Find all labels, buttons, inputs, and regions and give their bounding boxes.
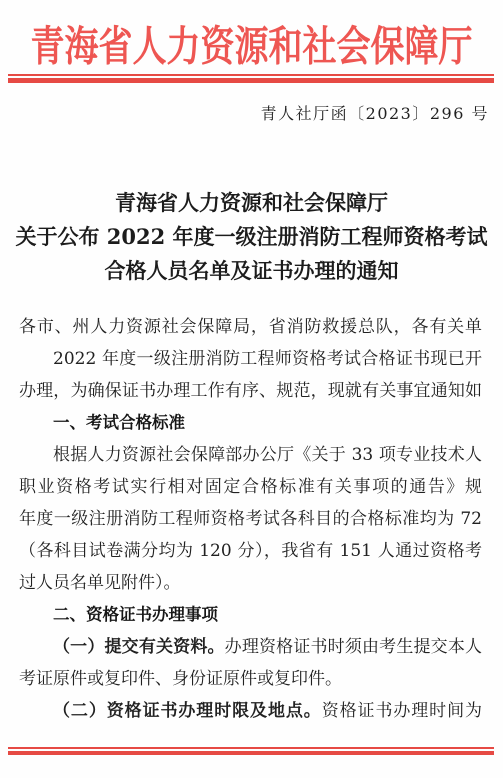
document-title-line-3: 合格人员名单及证书办理的通知 <box>0 254 503 288</box>
header-divider-thick-line <box>8 78 494 83</box>
body-line: （二）资格证书办理时限及地点。资格证书办理时间为 2023 <box>19 695 482 727</box>
document-body: 各市、州人力资源社会保障局，省消防救援总队，各有关单位： 2022 年度一级注册… <box>19 311 482 727</box>
body-line: 考证原件或复印件、身份证原件或复印件。 <box>19 663 482 695</box>
section-heading-2: 二、资格证书办理事项 <box>19 599 482 631</box>
body-line: （各科目试卷满分均为 120 分），我省有 151 人通过资格考试（通 <box>19 535 482 567</box>
body-line: 年度一级注册消防工程师资格考试各科目的合格标准均为 72 分 <box>19 503 482 535</box>
body-line: 2022 年度一级注册消防工程师资格考试合格证书现已开始 <box>19 343 482 375</box>
document-page: 青海省人力资源和社会保障厅 青人社厅函〔2023〕296 号 青海省人力资源和社… <box>0 0 503 778</box>
body-line: 根据人力资源社会保障部办公厅《关于 33 项专业技术人员 <box>19 439 482 471</box>
agency-masthead: 青海省人力资源和社会保障厅 <box>0 13 503 73</box>
body-line: 过人员名单见附件）。 <box>19 567 482 599</box>
document-reference-number: 青人社厅函〔2023〕296 号 <box>261 101 489 124</box>
body-line: 办理，为确保证书办理工作有序、规范，现就有关事宜通知如下。 <box>19 375 482 407</box>
salutation-line: 各市、州人力资源社会保障局，省消防救援总队，各有关单位： <box>19 311 482 343</box>
document-title-line-2: 关于公布 2022 年度一级注册消防工程师资格考试 <box>0 220 503 254</box>
body-line: 职业资格考试实行相对固定合格标准有关事项的通告》规定,2022 <box>19 471 482 503</box>
footer-divider <box>8 747 494 755</box>
section-heading-1: 一、考试合格标准 <box>19 407 482 439</box>
document-title-line-1: 青海省人力资源和社会保障厅 <box>0 186 503 220</box>
footer-divider-thick-line <box>8 751 494 755</box>
body-line: （一）提交有关资料。办理资格证书时须由考生提交本人准 <box>19 631 482 663</box>
header-divider <box>8 74 494 83</box>
document-title: 青海省人力资源和社会保障厅 关于公布 2022 年度一级注册消防工程师资格考试 … <box>0 186 503 288</box>
